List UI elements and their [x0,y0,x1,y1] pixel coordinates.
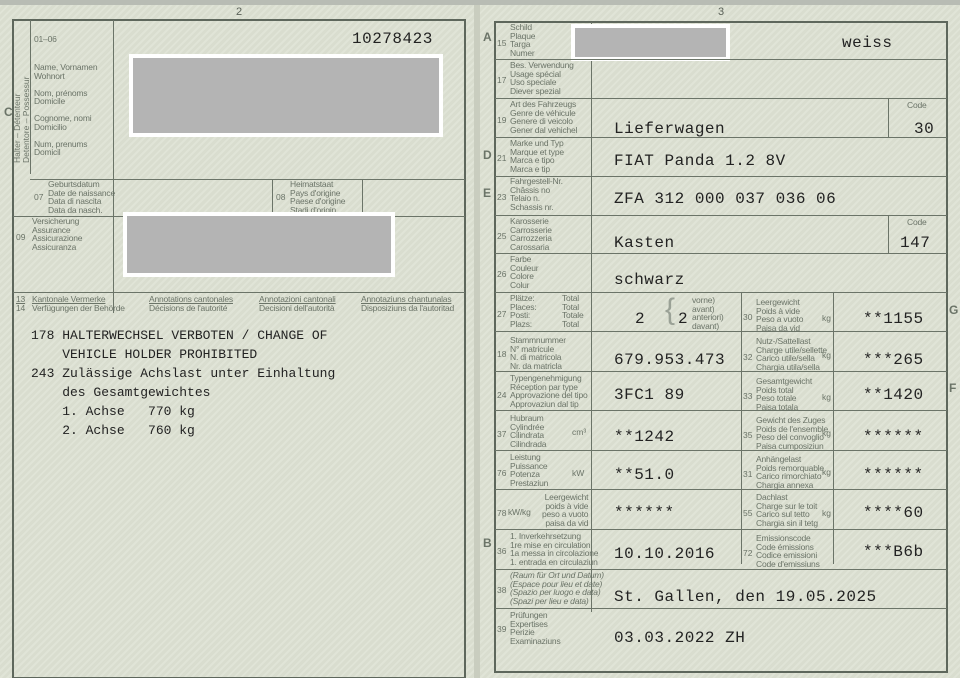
insurance-labels: VersicherungAssuranceAssicurazioneAssicu… [32,217,82,251]
vehicle-type: Lieferwagen [614,120,725,138]
color: schwarz [614,271,685,289]
emission-code: ***B6b [863,543,924,561]
trailer-load: ****** [863,466,924,484]
first-registration-date: 10.10.2016 [614,545,715,563]
payload: ***265 [863,351,924,369]
page-number-left: 2 [236,6,242,18]
displacement: **1242 [614,428,675,446]
inspection-date: 03.03.2022 ZH [614,629,745,647]
plate-color: weiss [842,34,893,52]
annotations-header-fr: Annotations cantonalesDécisions de l'aut… [149,295,233,313]
body-code: 147 [900,234,930,252]
vehicle-type-code: 30 [914,120,934,138]
right-page: 3 A D E G F B 15 SchildPlaqueTargaNumer … [480,5,960,678]
annotations-text: 178 HALTERWECHSEL VERBOTEN / CHANGE OF V… [31,326,335,440]
field-number-01-06: 01–06 [34,35,57,44]
train-weight: ****** [863,428,924,446]
chassis-number: ZFA 312 000 037 036 06 [614,190,836,208]
body-type: Kasten [614,234,675,252]
origin-labels: HeimatstaatPays d'originePaese d'origine… [290,180,345,214]
seats-total: 2 [635,310,645,328]
name-labels: Name, VornamenWohnortNom, prénomsDomicil… [34,63,97,157]
type-approval: 3FC1 89 [614,386,685,404]
total-weight: **1420 [863,386,924,404]
make-model: FIAT Panda 1.2 8V [614,152,786,170]
empty-weight: **1155 [863,310,924,328]
power-weight-ratio: ****** [614,504,675,522]
matriculation-number: 679.953.473 [614,351,725,369]
brace-decoration: { [665,293,675,327]
annotations-header-rm: Annotaziuns chantunalasDisposiziuns da l… [361,295,454,313]
holder-name-redacted [129,54,443,137]
annotations-header-it: Annotazioni cantonaliDecisioni dell'auto… [259,295,336,313]
annotations-header-de: Kantonale VermerkeVerfügungen der Behörd… [32,295,125,313]
insurance-redacted [123,212,395,277]
power: **51.0 [614,466,675,484]
place-and-date: St. Gallen, den 19.05.2025 [614,588,877,606]
roof-load: ****60 [863,504,924,522]
plate-number-redacted [571,24,730,61]
document-number: 10278423 [352,30,433,48]
seats-front: 2 [678,310,688,328]
page-number-right: 3 [718,6,724,18]
holder-vertical-label: Halter – DétenteurDetentore – Possessur [13,77,31,163]
birthdate-labels: GeburtsdatumDate de naissanceData di nas… [48,180,115,214]
left-page: 2 C Halter – DétenteurDetentore – Posses… [0,5,474,678]
